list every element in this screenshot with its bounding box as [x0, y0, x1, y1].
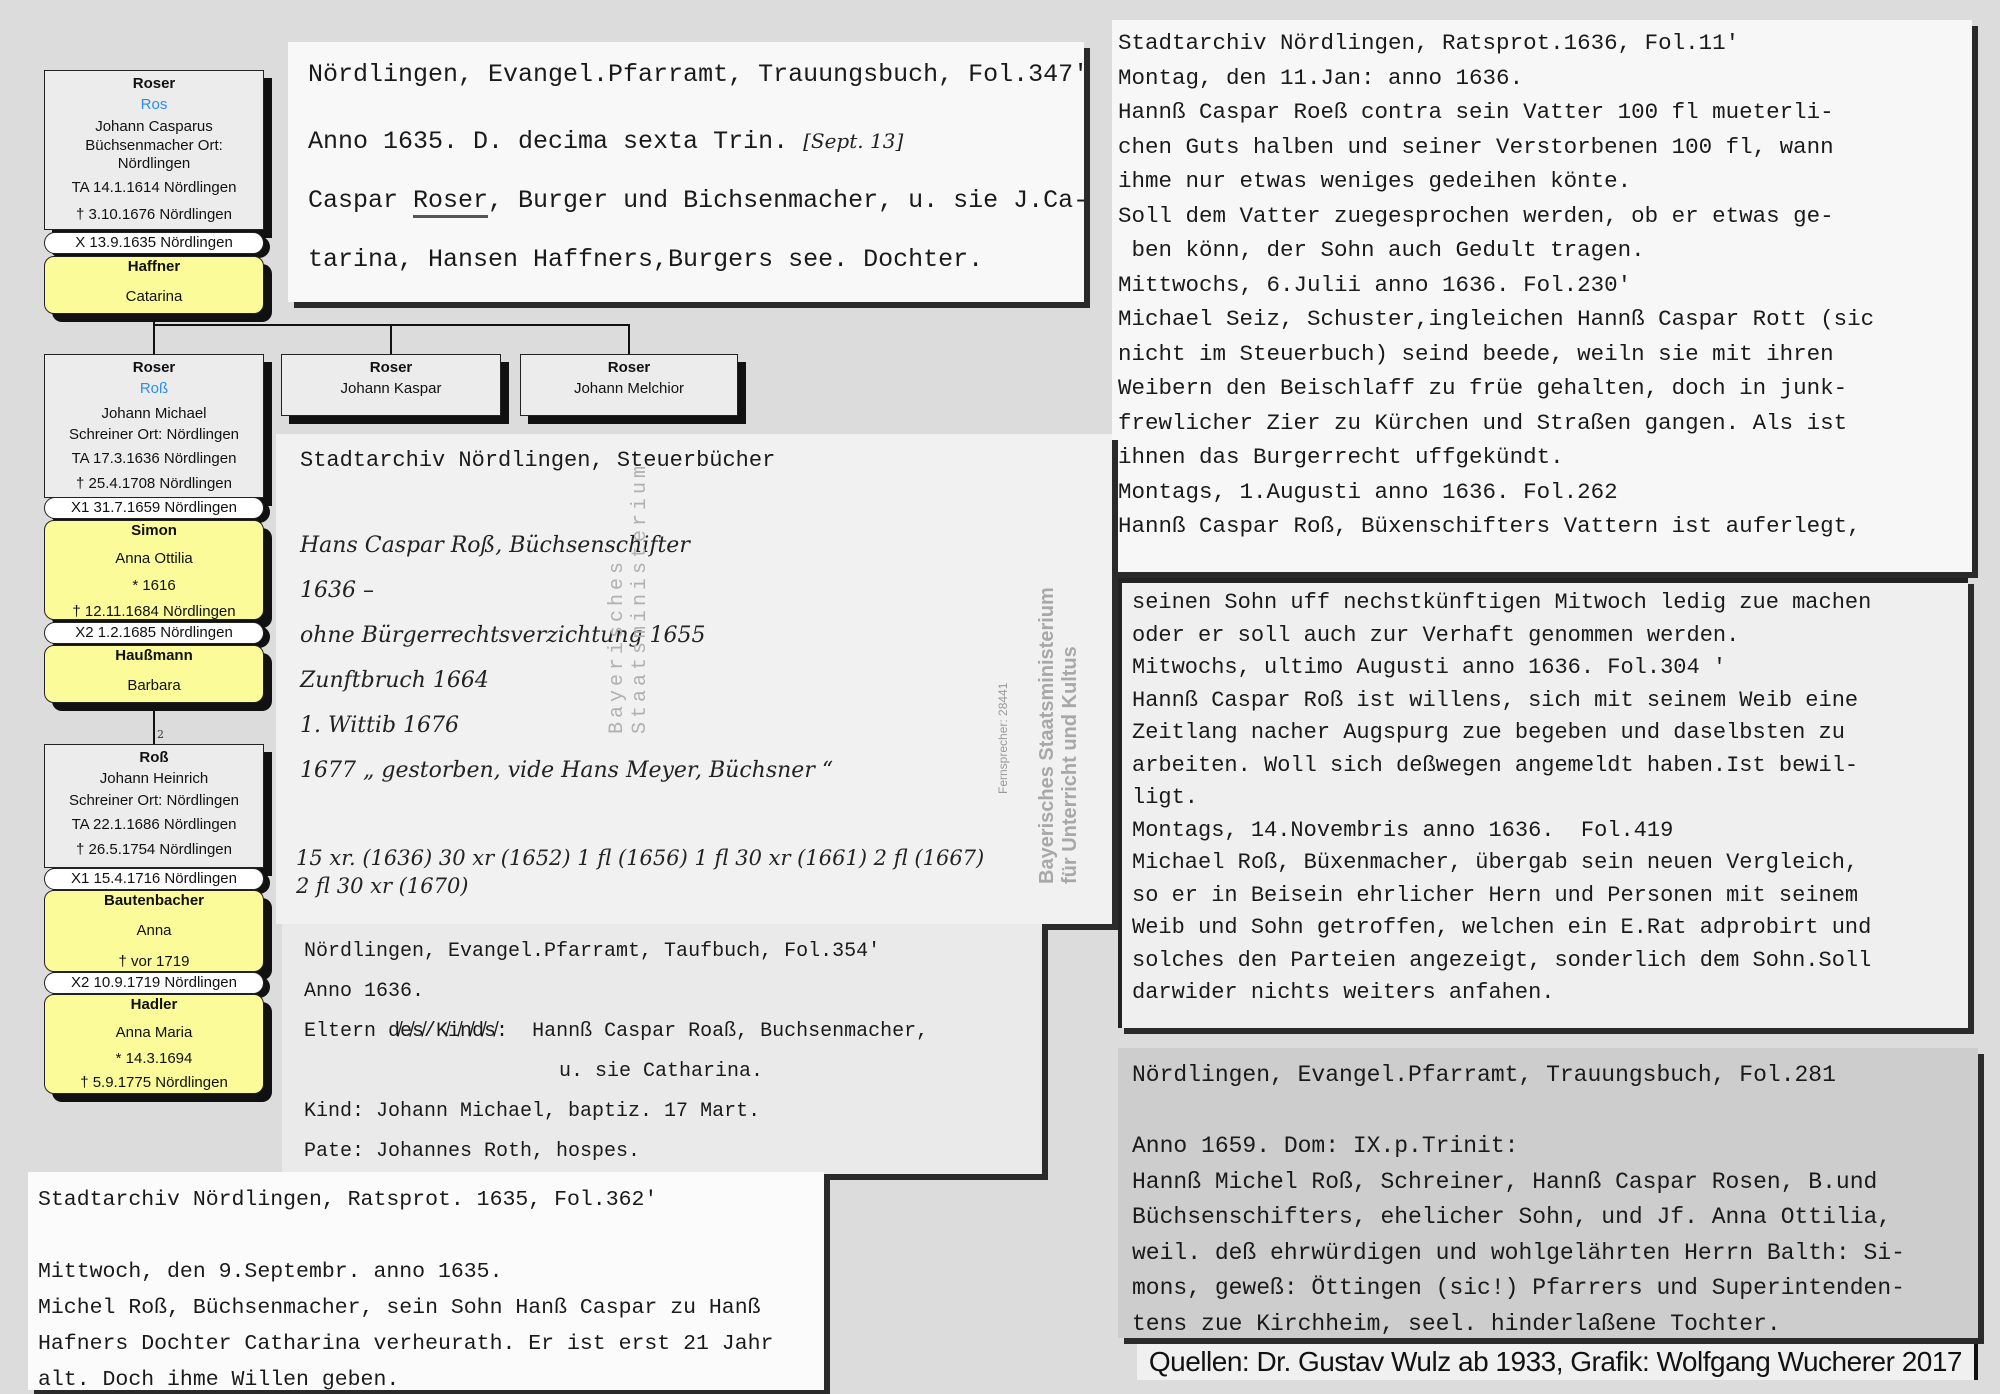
handwritten-notes: Hans Caspar Roß, Büchsenschifter1636 –oh… [300, 523, 1088, 793]
spouse-death: † vor 1719 [45, 952, 263, 972]
baptism: TA 22.1.1686 Nördlingen [45, 815, 263, 835]
death: † 25.4.1708 Nördlingen [45, 474, 263, 494]
death: † 26.5.1754 Nördlingen [45, 840, 263, 860]
occupation: Büchsenmacher Ort: [45, 136, 263, 156]
record-line [1132, 1094, 1964, 1130]
person-johann-heinrich[interactable]: Roß Johann Heinrich Schreiner Ort: Nördl… [44, 744, 264, 868]
spouse-death: † 12.11.1684 Nördlingen [45, 602, 263, 622]
record-lines: Stadtarchiv Nördlingen, Ratsprot.1636, F… [1118, 26, 1966, 544]
record-line: mons, geweß: Öttingen (sic!) Pfarrers un… [1132, 1271, 1964, 1307]
record-line: Hannß Caspar Roß ist willens, sich mit s… [1132, 685, 1958, 718]
spouse-given: Anna [45, 921, 263, 941]
spouse-hadler[interactable]: Hadler Anna Maria * 14.3.1694 † 5.9.1775… [44, 994, 264, 1094]
connector [390, 324, 392, 354]
spouse-surname: Haußmann [45, 646, 263, 666]
record-line: Hafners Dochter Catharina verheurath. Er… [38, 1326, 814, 1362]
record-line: Weib und Sohn getroffen, welchen ein E.R… [1132, 912, 1958, 945]
record-card-steuerbuecher: Stadtarchiv Nördlingen, Steuerbücher Bay… [276, 434, 1112, 924]
spouse-surname: Hadler [45, 995, 263, 1015]
record-line: weil. deß ehrwürdigen und wohlgelährten … [1132, 1236, 1964, 1272]
record-line: darwider nichts weiters anfahen. [1132, 977, 1958, 1010]
spouse-given: Barbara [45, 676, 263, 696]
record-line: Montags, 14.Novembris anno 1636. Fol.419 [1132, 815, 1958, 848]
record-line: Weibern den Beischlaff zu früe gehalten,… [1118, 371, 1966, 406]
record-card-ratsprot-1635: Stadtarchiv Nördlingen, Ratsprot. 1635, … [28, 1172, 824, 1390]
record-line: Mitwochs, ultimo Augusti anno 1636. Fol.… [1132, 652, 1958, 685]
spouse-surname: Haffner [45, 257, 263, 277]
record-line: chen Guts halben und seiner Verstorbenen… [1118, 130, 1966, 165]
record-lines: Stadtarchiv Nördlingen, Ratsprot. 1635, … [38, 1182, 814, 1390]
connector [153, 708, 155, 744]
record-line: seinen Sohn uff nechstkünftigen Mitwoch … [1132, 587, 1958, 620]
record-line: alt. Doch ihme Willen geben. [38, 1362, 814, 1390]
record-line: Anno 1636. [304, 972, 1020, 1012]
record-line: Pate: Johannes Roth, hospes. [304, 1132, 1020, 1172]
surname: Roser [45, 74, 263, 94]
record-line: ihnen das Burgerrecht uffgekündt. [1118, 440, 1966, 475]
record-line: Hans Caspar Roß, Büchsenschifter [300, 523, 1088, 568]
tax-amounts: 15 xr. (1636) 30 xr (1652) 1 fl (1656) 1… [296, 844, 984, 900]
record-line: oder er soll auch zur Verhaft genommen w… [1132, 620, 1958, 653]
occupation: Schreiner Ort: Nördlingen [45, 791, 263, 811]
surname-variant: Ros [45, 95, 263, 115]
surname: Roser [282, 358, 500, 378]
record-line: Soll dem Vatter zuegesprochen werden, ob… [1118, 199, 1966, 234]
marriage-label: X1 31.7.1659 Nördlingen [44, 497, 264, 519]
marriage-label: X2 1.2.1685 Nördlingen [44, 622, 264, 644]
spouse-surname: Simon [45, 521, 263, 541]
person-johann-casparus[interactable]: Roser Ros Johann Casparus Büchsenmacher … [44, 70, 264, 230]
surname-variant: Roß [45, 379, 263, 399]
record-line: ligt. [1132, 782, 1958, 815]
record-line: tarina, Hansen Haffners,Burgers see. Doc… [308, 245, 1064, 274]
marriage-label: X1 15.4.1716 Nördlingen [44, 868, 264, 890]
record-line: Hannß Caspar Roeß contra sein Vatter 100… [1118, 95, 1966, 130]
marriage-label: X2 10.9.1719 Nördlingen [44, 972, 264, 994]
record-line: Kind: Johann Michael, baptiz. 17 Mart. [304, 1092, 1020, 1132]
record-card-trauungsbuch-1635: Nördlingen, Evangel.Pfarramt, Trauungsbu… [288, 42, 1084, 302]
record-card-ratsprot-1636-part2: seinen Sohn uff nechstkünftigen Mitwoch … [1118, 578, 1968, 1028]
record-header: Stadtarchiv Nördlingen, Ratsprot.1636, F… [1118, 26, 1966, 61]
record-line: nicht im Steuerbuch) seind beede, weiln … [1118, 337, 1966, 372]
spouse-surname: Bautenbacher [45, 891, 263, 911]
record-line: Michael Roß, Büxenmacher, übergab sein n… [1132, 847, 1958, 880]
spouse-given: Anna Maria [45, 1023, 263, 1043]
record-header: Nördlingen, Evangel.Pfarramt, Trauungsbu… [1132, 1058, 1964, 1094]
record-line: tens zue Kirchheim, seel. hinderlaßene T… [1132, 1307, 1964, 1339]
ministry-stamp: Bayerisches Staatsministeriumfür Unterri… [1036, 554, 1082, 884]
record-line: ben könn, der Sohn auch Gedult tragen. [1118, 233, 1966, 268]
record-line: Anno 1659. Dom: IX.p.Trinit: [1132, 1129, 1964, 1165]
record-line: Zunftbruch 1664 [300, 658, 1088, 703]
spouse-death: † 5.9.1775 Nördlingen [45, 1073, 263, 1093]
spouse-haussmann[interactable]: Haußmann Barbara [44, 645, 264, 703]
marriage-label: X 13.9.1635 Nördlingen [44, 232, 264, 254]
record-line: Michel Roß, Büchsenmacher, sein Sohn Han… [38, 1290, 814, 1326]
record-header: Stadtarchiv Nördlingen, Steuerbücher [300, 448, 1088, 473]
record-line: Caspar Roser, Burger und Bichsenmacher, … [308, 186, 1064, 215]
surname: Roß [45, 748, 263, 768]
record-line: frewlicher Zier zu Kürchen und Straßen g… [1118, 406, 1966, 441]
record-line: ohne Bürgerrechtsverzichtung 1655 [300, 613, 1088, 658]
record-line: 2 fl 30 xr (1670) [296, 872, 984, 900]
record-header: Nördlingen, Evangel.Pfarramt, Taufbuch, … [304, 932, 1020, 972]
record-line: Montags, 1.Augusti anno 1636. Fol.262 [1118, 475, 1966, 510]
child-count-marker: 2 [157, 728, 164, 741]
given-name: Johann Heinrich [45, 769, 263, 789]
spouse-given: Anna Ottilia [45, 549, 263, 569]
connector [628, 324, 630, 354]
record-line: Hannß Michel Roß, Schreiner, Hannß Caspa… [1132, 1165, 1964, 1201]
sibling-johann-melchior[interactable]: Roser Johann Melchior [520, 354, 738, 416]
person-johann-michael[interactable]: Roser Roß Johann Michael Schreiner Ort: … [44, 354, 264, 498]
record-line: Hannß Caspar Roß, Büxenschifters Vattern… [1118, 509, 1966, 544]
record-line: 15 xr. (1636) 30 xr (1652) 1 fl (1656) 1… [296, 844, 984, 872]
source-credit: Quellen: Dr. Gustav Wulz ab 1933, Grafik… [1137, 1344, 1978, 1380]
record-line: so er in Beisein ehrlicher Hern und Pers… [1132, 880, 1958, 913]
record-line: Eltern d̸e̸s̸/K̸i̸n̸d̸s̸: Hannß Caspar R… [304, 1012, 1020, 1052]
archive-stamp: Bayerisches Staatsministerium [606, 454, 652, 734]
record-header: Stadtarchiv Nördlingen, Ratsprot. 1635, … [38, 1182, 814, 1218]
record-card-trauungsbuch-1659: Nördlingen, Evangel.Pfarramt, Trauungsbu… [1118, 1048, 1978, 1338]
given-name: Johann Kaspar [282, 379, 500, 399]
record-line: ihme nur etwas weniges gedeihen könte. [1118, 164, 1966, 199]
death: † 3.10.1676 Nördlingen [45, 205, 263, 225]
given-name: Johann Michael [45, 404, 263, 424]
underlined-name: Roser [413, 186, 488, 218]
surname: Roser [521, 358, 737, 378]
record-line: Montag, den 11.Jan: anno 1636. [1118, 61, 1966, 96]
record-card-ratsprot-1636-part1: Stadtarchiv Nördlingen, Ratsprot.1636, F… [1112, 20, 1972, 572]
record-lines: seinen Sohn uff nechstkünftigen Mitwoch … [1132, 587, 1958, 1010]
record-line: 1677 „ gestorben, vide Hans Meyer, Büchs… [300, 748, 1088, 793]
record-line: Zeitlang nacher Augspurg zue begeben und… [1132, 717, 1958, 750]
record-line: 1. Wittib 1676 [300, 703, 1088, 748]
given-name: Johann Melchior [521, 379, 737, 399]
record-line: arbeiten. Woll sich deßwegen angemeldt h… [1132, 750, 1958, 783]
spouse-given: Catarina [45, 287, 263, 307]
record-line: Michael Seiz, Schuster,ingleichen Hannß … [1118, 302, 1966, 337]
record-line: u. sie Catharina. [304, 1052, 1020, 1092]
record-card-taufbuch-1636: Nördlingen, Evangel.Pfarramt, Taufbuch, … [282, 924, 1042, 1174]
given-name: Johann Casparus [45, 117, 263, 137]
record-line [38, 1218, 814, 1254]
record-line: Anno 1635. D. decima sexta Trin. [Sept. … [308, 127, 1064, 156]
surname: Roser [45, 358, 263, 378]
baptism: TA 17.3.1636 Nördlingen [45, 449, 263, 469]
place: Nördlingen [45, 154, 263, 174]
spouse-birth: * 14.3.1694 [45, 1049, 263, 1069]
baptism: TA 14.1.1614 Nördlingen [45, 178, 263, 198]
record-line: solches den Parteien angezeigt, sonderli… [1132, 945, 1958, 978]
record-line: Mittwoch, den 9.Septembr. anno 1635. [38, 1254, 814, 1290]
spouse-simon[interactable]: Simon Anna Ottilia * 1616 † 12.11.1684 N… [44, 520, 264, 620]
phone-stamp: Fernsprecher: 28441 [996, 634, 1010, 794]
spouse-birth: * 1616 [45, 576, 263, 596]
spouse-haffner[interactable]: Haffner Catarina [44, 256, 264, 314]
record-line: 1636 – [300, 568, 1088, 613]
record-line: Büchsenschifters, ehelicher Sohn, und Jf… [1132, 1200, 1964, 1236]
occupation: Schreiner Ort: Nördlingen [45, 425, 263, 445]
record-header: Nördlingen, Evangel.Pfarramt, Trauungsbu… [308, 60, 1064, 89]
sibling-johann-kaspar[interactable]: Roser Johann Kaspar [281, 354, 501, 416]
spouse-bautenbacher[interactable]: Bautenbacher Anna † vor 1719 [44, 890, 264, 972]
record-line: Mittwochs, 6.Julii anno 1636. Fol.230' [1118, 268, 1966, 303]
record-lines: Nördlingen, Evangel.Pfarramt, Trauungsbu… [1132, 1058, 1964, 1338]
